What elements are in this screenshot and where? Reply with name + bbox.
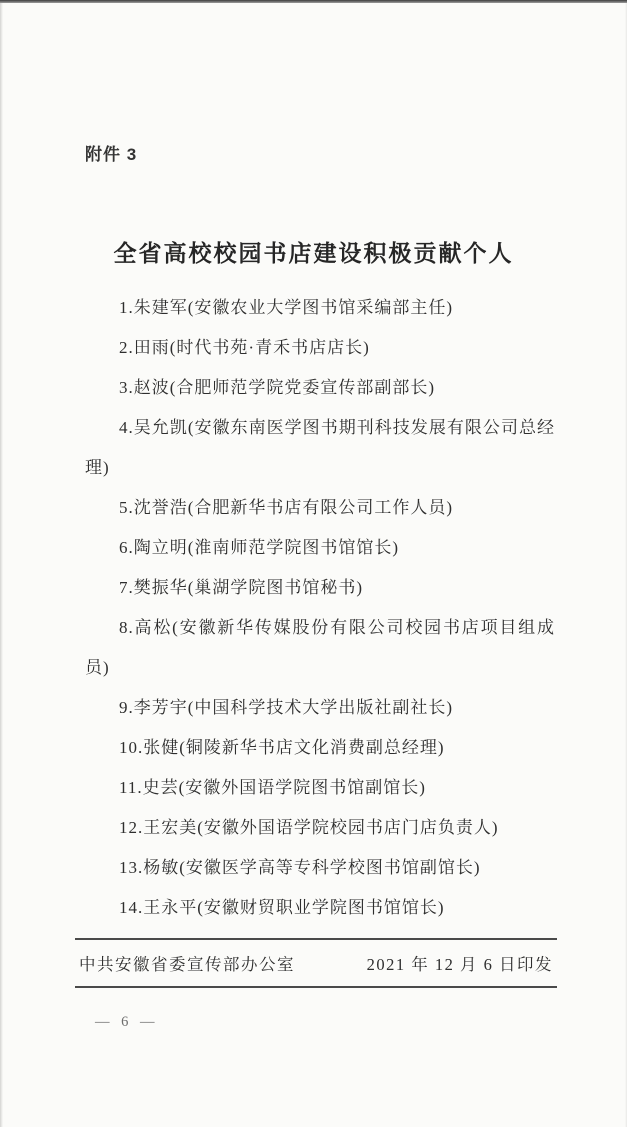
page-title: 全省高校校园书店建设积极贡献个人	[0, 235, 627, 268]
list-item: 8.高松(安徽新华传媒股份有限公司校园书店项目组成员)	[85, 608, 555, 688]
scan-edge-left	[0, 3, 3, 1127]
list-item: 7.樊振华(巢湖学院图书馆秘书)	[85, 568, 555, 608]
list-item: 13.杨敏(安徽医学高等专科学校图书馆副馆长)	[85, 848, 555, 888]
list-item: 10.张健(铜陵新华书店文化消费副总经理)	[85, 728, 555, 768]
page-number: — 6 —	[95, 1014, 159, 1031]
list-item: 1.朱建军(安徽农业大学图书馆采编部主任)	[85, 288, 555, 328]
list-item: 5.沈誉浩(合肥新华书店有限公司工作人员)	[85, 488, 555, 528]
colophon: 中共安徽省委宣传部办公室 2021 年 12 月 6 日印发	[75, 938, 557, 988]
list-item: 9.李芳宇(中国科学技术大学出版社副社长)	[85, 688, 555, 728]
list-item: 12.王宏美(安徽外国语学院校园书店门店负责人)	[85, 808, 555, 848]
list-item: 4.吴允凯(安徽东南医学图书期刊科技发展有限公司总经理)	[85, 408, 555, 488]
attachment-label: 附件 3	[85, 140, 137, 165]
contributor-list: 1.朱建军(安徽农业大学图书馆采编部主任) 2.田雨(时代书苑·青禾书店店长) …	[85, 288, 555, 928]
list-item: 14.王永平(安徽财贸职业学院图书馆馆长)	[85, 888, 555, 928]
scan-edge-top	[0, 0, 627, 3]
list-item: 11.史芸(安徽外国语学院图书馆副馆长)	[85, 768, 555, 808]
list-item: 3.赵波(合肥师范学院党委宣传部副部长)	[85, 368, 555, 408]
list-item: 6.陶立明(淮南师范学院图书馆馆长)	[85, 528, 555, 568]
list-item: 2.田雨(时代书苑·青禾书店店长)	[85, 328, 555, 368]
issuer-office: 中共安徽省委宣传部办公室	[79, 951, 295, 975]
print-date: 2021 年 12 月 6 日印发	[367, 951, 553, 975]
